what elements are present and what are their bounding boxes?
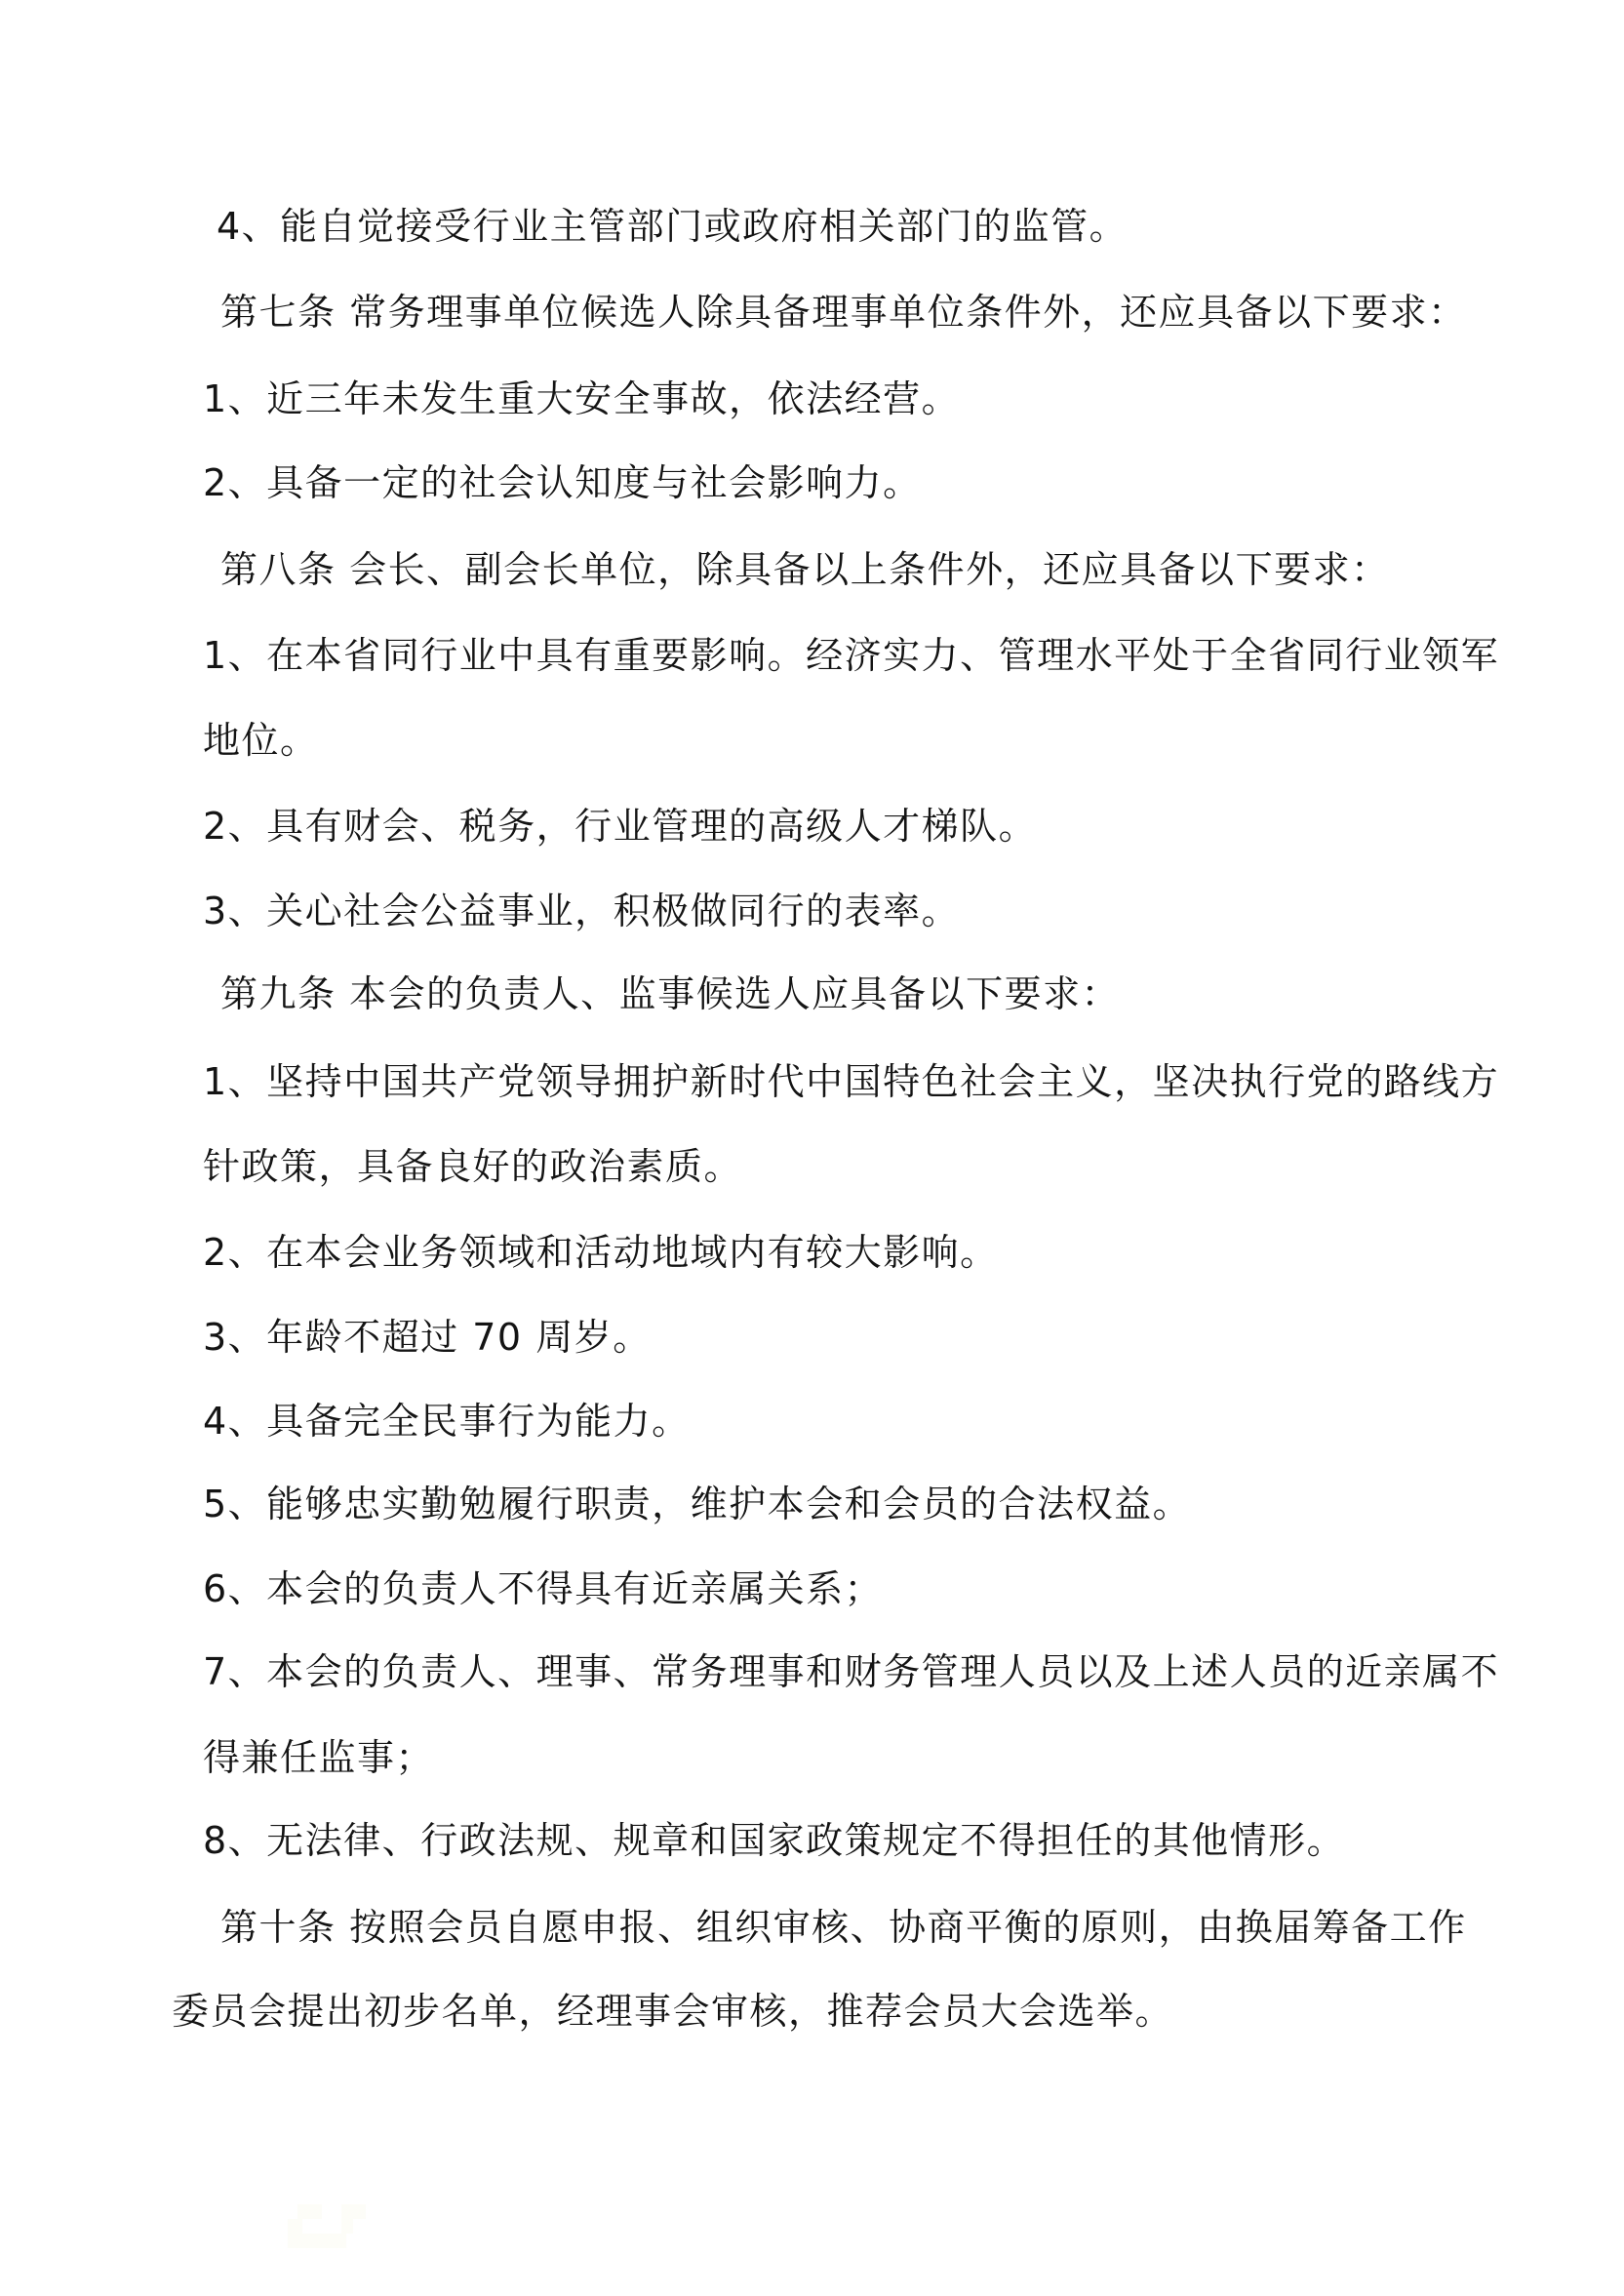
text-line-19: 得兼任监事； [203, 1734, 434, 1781]
text-line-15: 4、具备完全民事行为能力。 [203, 1398, 691, 1445]
text-line-11: 1、坚持中国共产党领导拥护新时代中国特色社会主义，坚决执行党的路线方 [203, 1058, 1499, 1105]
article-10-heading: 第十条 按照会员自愿申报、组织审核、协商平衡的原则，由换届筹备工作 [220, 1904, 1467, 1951]
text-line-8: 2、具有财会、税务，行业管理的高级人才梯队。 [203, 803, 1037, 850]
text-line-6: 1、在本省同行业中具有重要影响。经济实力、管理水平处于全省同行业领军 [203, 632, 1499, 679]
text-line-9: 3、关心社会公益事业，积极做同行的表率。 [203, 888, 960, 934]
text-line-13: 2、在本会业务领域和活动地域内有较大影响。 [203, 1229, 999, 1276]
text-line-7: 地位。 [203, 717, 319, 764]
text-line-14: 3、年龄不超过 70 周岁。 [203, 1314, 652, 1361]
article-8-heading: 第八条 会长、副会长单位，除具备以上条件外，还应具备以下要求： [220, 546, 1390, 593]
text-line-1: 4、能自觉接受行业主管部门或政府相关部门的监管。 [217, 203, 1128, 250]
faint-watermark-mark [283, 2185, 380, 2263]
article-9-heading: 第九条 本会的负责人、监事候选人应具备以下要求： [220, 970, 1120, 1017]
text-line-17: 6、本会的负责人不得具有近亲属关系； [203, 1565, 883, 1612]
document-page: 4、能自觉接受行业主管部门或政府相关部门的监管。 第七条 常务理事单位候选人除具… [0, 0, 1624, 2296]
text-line-18: 7、本会的负责人、理事、常务理事和财务管理人员以及上述人员的近亲属不 [203, 1648, 1499, 1695]
text-line-4: 2、具备一定的社会认知度与社会影响力。 [203, 459, 922, 506]
text-line-16: 5、能够忠实勤勉履行职责，维护本会和会员的合法权益。 [203, 1481, 1191, 1527]
text-line-3: 1、近三年未发生重大安全事故，依法经营。 [203, 376, 960, 422]
text-line-20: 8、无法律、行政法规、规章和国家政策规定不得担任的其他情形。 [203, 1817, 1345, 1864]
text-line-12: 针政策，具备良好的政治素质。 [203, 1143, 742, 1190]
article-7-heading: 第七条 常务理事单位候选人除具备理事单位条件外，还应具备以下要求： [220, 289, 1467, 336]
text-line-22: 委员会提出初步名单，经理事会审核，推荐会员大会选举。 [172, 1988, 1173, 2035]
